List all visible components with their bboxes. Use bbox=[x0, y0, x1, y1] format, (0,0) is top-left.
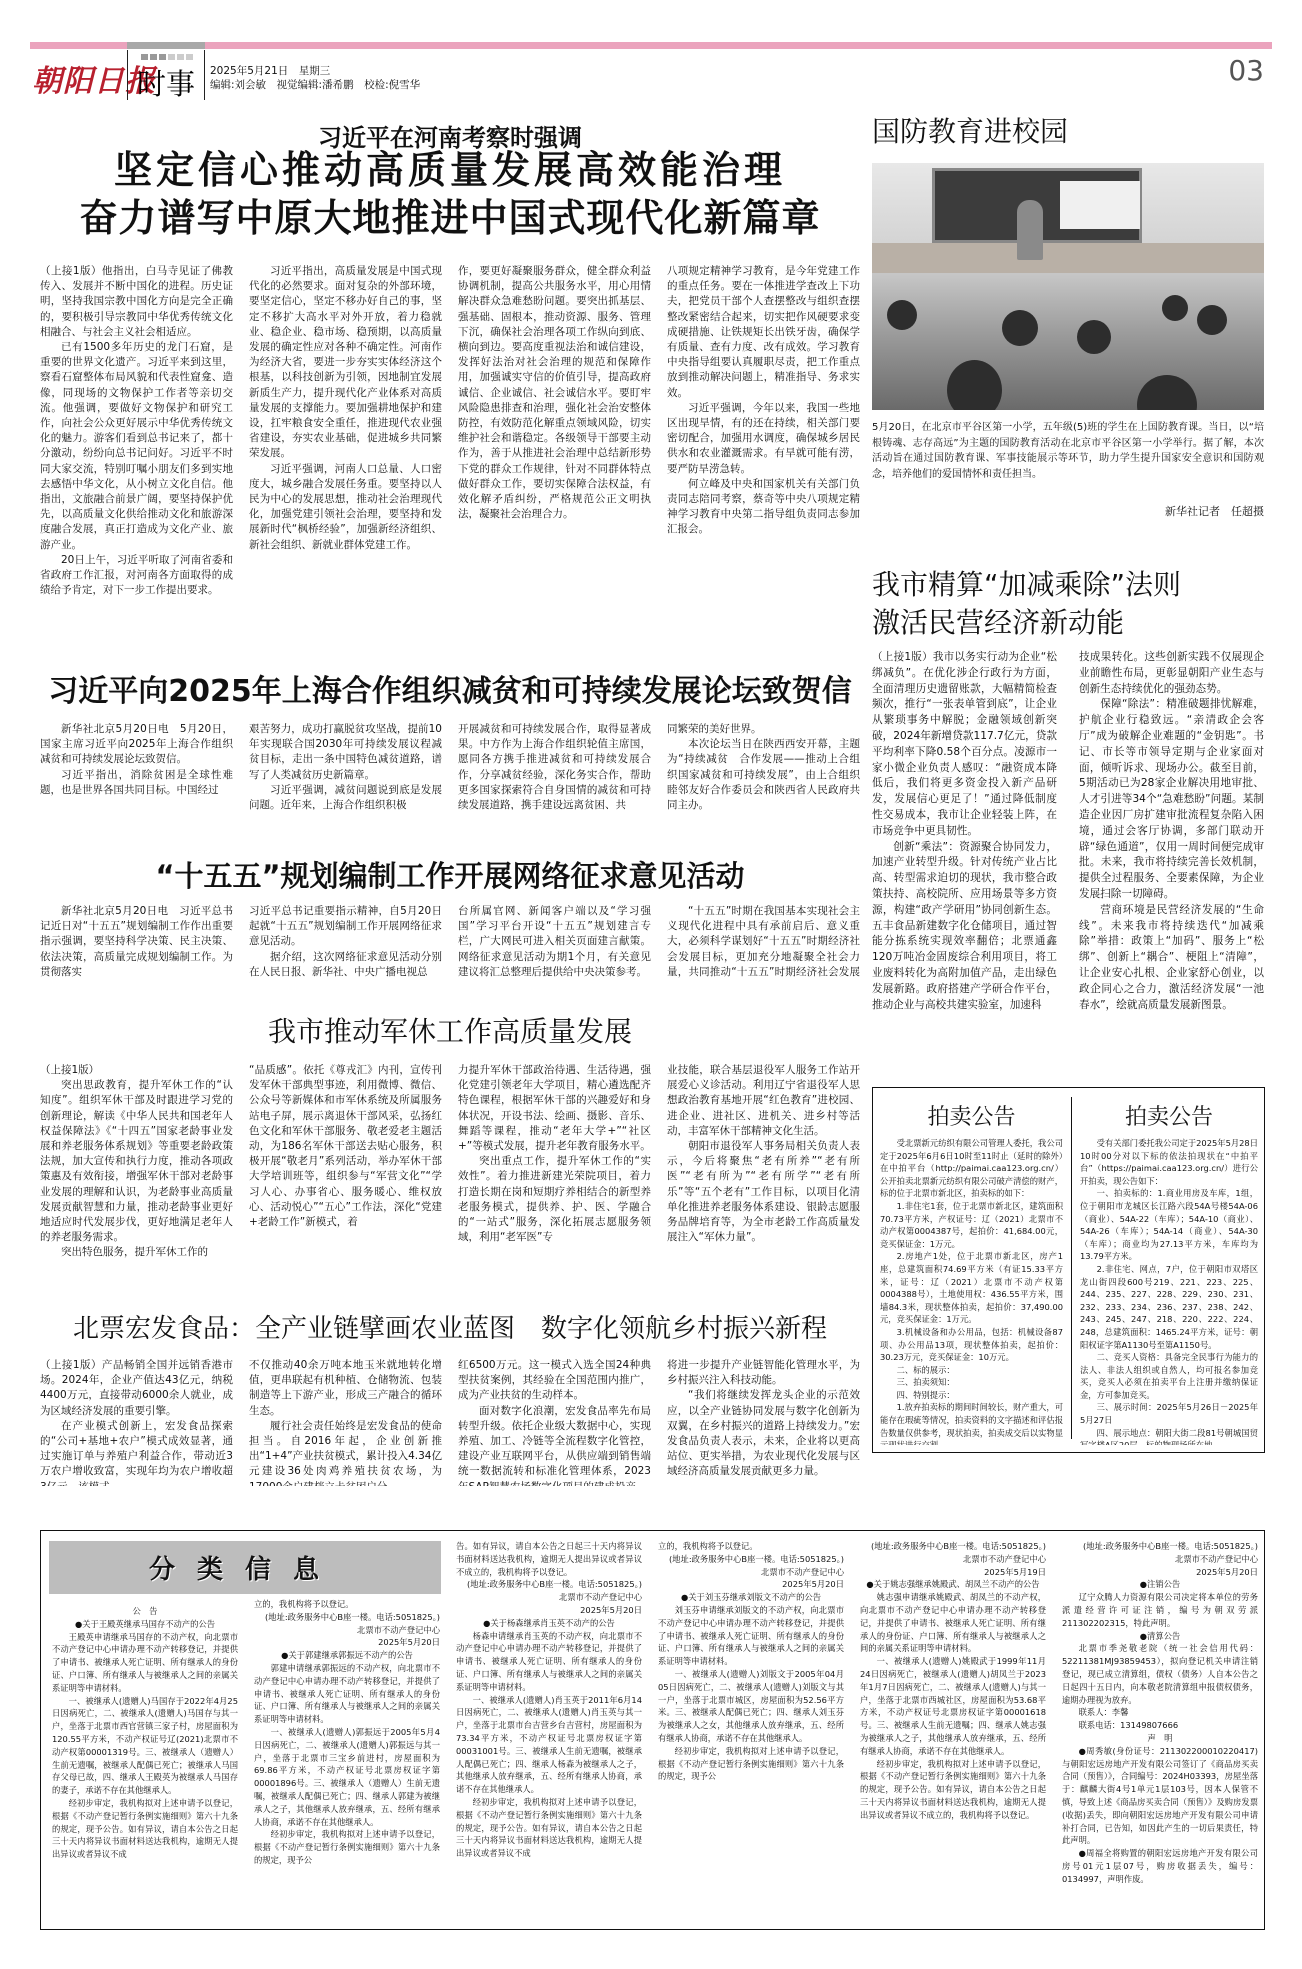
masthead-pink-bar-left bbox=[30, 42, 127, 49]
notice-title: ●关于王殿英继承马国存不动产的公告 bbox=[52, 1618, 238, 1631]
notice-paragraph: 经初步审定，我机构拟对上述申请予以登记，根据《不动产登记暂行条例实施细则》第六十… bbox=[658, 1745, 844, 1783]
notice-title: ●关于杨森继承肖玉英不动产的公告 bbox=[456, 1617, 642, 1630]
notice-title: 声 明 bbox=[1062, 1732, 1258, 1745]
classified-col-4: 立的，我机构将予以登记。 (地址:政务服务中心B座一楼。电话:5051825。)… bbox=[658, 1540, 844, 1925]
notice-address: (地址:政务服务中心B座一楼。电话:5051825。) bbox=[254, 1611, 440, 1624]
notice-paragraph: 一、被继承人(遗赠人)郭振远于2005年5月4日因病死亡，二、被继承人(遗赠人)… bbox=[254, 1726, 440, 1828]
paragraph: 习近平强调，今年以来，我国一些地区出现旱情，有的还在持续，相关部门要密切配合，加… bbox=[667, 401, 860, 477]
veterans-col-4: 业技能，联合基层退役军人服务工作站开展爱心义诊活动。利用辽宁省退役军人思想政治教… bbox=[667, 1063, 860, 1279]
paragraph: 受北票新元纺织有限公司管理人委托，我公司定于2025年6月6日10时至11时止（… bbox=[880, 1137, 1063, 1200]
issue-date: 2025年5月21日 星期三 bbox=[210, 64, 420, 78]
plan-story-body: 新华社北京5月20日电 习近平总书记近日对“十五五”规划编制工作作出重要指示强调… bbox=[40, 904, 860, 980]
notice-paragraph: 刘玉芬申请继承刘版文的不动产权，向北票市不动产登记中心申请办理不动产转移登记，并… bbox=[658, 1604, 844, 1668]
notice-address: (地址:政务服务中心B座一楼。电话:5051825。) bbox=[860, 1540, 1046, 1553]
economy-headline-line1: 我市精算“加减乘除”法则 bbox=[872, 567, 1264, 603]
paragraph: 20日上午，习近平听取了河南省委和省政府工作汇报，对河南各方面取得的成绩给予肯定… bbox=[40, 553, 233, 599]
notice-paragraph: 姚志强申请继承姚殿武、胡凤兰的不动产权，向北票市不动产登记中心申请办理不动产转移… bbox=[860, 1591, 1046, 1655]
economy-story-body: （上接1版）我市以务实行动为企业“松绑减负”。在优化涉企行政行为方面，全面清理历… bbox=[872, 650, 1264, 1068]
economy-col-1: （上接1版）我市以务实行动为企业“松绑减负”。在优化涉企行政行为方面，全面清理历… bbox=[872, 650, 1057, 1068]
paragraph: 2.房地产1处，位于北票市新北区，房产1座，总建筑面积74.69平方米（有证15… bbox=[880, 1250, 1063, 1326]
lead-col-3: 作，要更好凝聚服务群众，健全群众利益协调机制，提高公共服务水平，用心用情解决群众… bbox=[458, 264, 651, 636]
masthead-pink-bar-right bbox=[205, 42, 1272, 49]
lead-col-4: 八项规定精神学习教育，是今年党建工作的重点任务。要在一体推进学查改上下功夫，把党… bbox=[667, 264, 860, 636]
notice-issuer: 北票市不动产登记中心 bbox=[456, 1591, 642, 1604]
paragraph: 四、展示地点：朝阳大街二段81号朝城国贸写字楼A区20层，标的物现场所在地。 bbox=[1080, 1427, 1258, 1445]
paragraph: 新华社北京5月20日电 5月20日，国家主席习近平向2025年上海合作组织减贫和… bbox=[40, 722, 233, 768]
notice-paragraph: 杨森申请继承肖玉英的不动产权，向北票市不动产登记中心申请办理不动产转移登记，并提… bbox=[456, 1630, 642, 1694]
paragraph: 新华社北京5月20日电 习近平总书记近日对“十五五”规划编制工作作出重要指示强调… bbox=[40, 904, 233, 980]
plan-col-3: 台所属官网、新闻客户端以及“学习强国”学习平台开设“十五五”规划建言专栏，广大网… bbox=[458, 904, 651, 980]
notice-paragraph: 郭建申请继承郭振远的不动产权，向北票市不动产登记中心申请办理不动产转移登记，并提… bbox=[254, 1662, 440, 1726]
sco-col-2: 艰苦努力，成功打赢脱贫攻坚战，提前10年实现联合国2030年可持续发展议程减贫目… bbox=[249, 722, 442, 810]
notice-issuer: 北票市不动产登记中心 bbox=[658, 1566, 844, 1579]
paragraph: 面对数字化浪潮，宏发食品率先布局转型升级。依托企业级大数据中心，实现养殖、加工、… bbox=[458, 1404, 651, 1486]
paragraph: 四、特别提示： bbox=[880, 1389, 1063, 1402]
auction-title: 拍卖公告 bbox=[880, 1100, 1063, 1131]
sco-col-4: 同繁荣的美好世界。 本次论坛当日在陕西西安开幕，主题为“持续减贫 合作发展——推… bbox=[667, 722, 860, 810]
notice-paragraph: 一、被继承人(遗赠人)姚殿武于1999年11月24日因病死亡，被继承人(遗赠人)… bbox=[860, 1655, 1046, 1757]
veterans-col-3: 力提升军休干部政治待遇、生活待遇，强化党建引领老年大学项目，精心遴选配齐特色课程… bbox=[458, 1063, 651, 1279]
paragraph: 1.放弃拍卖标的期间时间较长，财产重大，可能存在瑕疵等情况，拍卖资料的文字描述和… bbox=[880, 1401, 1063, 1445]
notice-title: ●清算公告 bbox=[1062, 1630, 1258, 1643]
paragraph: 红6500万元。这一模式入选全国24种典型扶贫案例，其经验在全国范围内推广，成为… bbox=[458, 1358, 651, 1404]
notice-paragraph: ●周福全将购置的朝阳宏远房地产开发有限公司房号01元1层07号，购房收据丢失，编… bbox=[1062, 1847, 1258, 1885]
paragraph: 习近平强调，减贫问题说到底是发展问题。近年来，上海合作组织积极 bbox=[249, 783, 442, 810]
notice-paragraph: 北票市季尧敬老院（统一社会信用代码：52211381MJ93859453），拟向… bbox=[1062, 1642, 1258, 1706]
notice-heading: 公 告 bbox=[52, 1605, 238, 1618]
sco-story-body: 新华社北京5月20日电 5月20日，国家主席习近平向2025年上海合作组织减贫和… bbox=[40, 722, 860, 810]
paragraph: “我们将继续发挥龙头企业的示范效应，以全产业链协同发展与数字化创新为双翼，在乡村… bbox=[667, 1388, 860, 1479]
photo-story-title: 国防教育进校园 bbox=[872, 114, 1264, 150]
notice-title: ●关于郭建继承郭振远不动产的公告 bbox=[254, 1649, 440, 1662]
notice-paragraph: ●周秀敏(身份证号：211302200010220417)与朝阳宏远房地产开发有… bbox=[1062, 1745, 1258, 1847]
paragraph: 据介绍，这次网络征求意见活动分别在人民日报、新华社、中央广播电视总 bbox=[249, 950, 442, 980]
paragraph: 三、拍卖须知： bbox=[880, 1376, 1063, 1389]
auction-notice-2: 拍卖公告 受有关部门委托我公司定于2025年5月28日10时00分对以下标的依法… bbox=[1080, 1100, 1258, 1445]
paragraph: “品质感”。依托《尊戎汇》内刊，宣传刊发军休干部典型事迹，利用微博、微信、公众号… bbox=[249, 1063, 442, 1230]
notice-issuer: 北票市不动产登记中心 bbox=[860, 1553, 1046, 1566]
notice-paragraph: 王殿英申请继承马国存的不动产权，向北票市不动产登记中心申请办理不动产转移登记，并… bbox=[52, 1631, 238, 1695]
lead-story-body: （上接1版）他指出，白马寺见证了佛教传入、发展并不断中国化的进程。历史证明，坚持… bbox=[40, 264, 860, 636]
notice-address: (地址:政务服务中心B座一楼。电话:5051825。) bbox=[456, 1578, 642, 1591]
food-col-2: 不仅推动40余万吨本地玉米就地转化增值，更串联起有机种植、仓储物流、包装制造等上… bbox=[249, 1358, 442, 1486]
notice-date: 2025年5月20日 bbox=[456, 1604, 642, 1617]
sco-headline: 习近平向2025年上海合作组织减贫和可持续发展论坛致贺信 bbox=[40, 666, 860, 710]
notice-paragraph: 立的，我机构将予以登记。 bbox=[658, 1540, 844, 1553]
paragraph: 2.非住宅、网点，7户，位于朝阳市双塔区龙山街四段600号219、221、223… bbox=[1080, 1263, 1258, 1351]
notice-date: 2025年5月20日 bbox=[1062, 1566, 1258, 1579]
notice-paragraph: 一、被继承人(遗赠人)刘版文于2005年04月05日因病死亡，二、被继承人(遗赠… bbox=[658, 1668, 844, 1745]
notice-paragraph: 一、被继承人(遗赠人)马国存于2022年4月25日因病死亡，二、被继承人(遗赠人… bbox=[52, 1695, 238, 1797]
paragraph: 履行社会责任始终是宏发食品的使命担当。自2016年起，企业创新推出“1+4”产业… bbox=[249, 1419, 442, 1486]
paragraph: （上接1版）产品畅销全国并远销香港市场。2024年，企业产值达43亿元，纳税44… bbox=[40, 1358, 233, 1419]
classified-col-1: 公 告 ●关于王殿英继承马国存不动产的公告 王殿英申请继承马国存的不动产权，向北… bbox=[52, 1605, 238, 1925]
veterans-col-1: （上接1版） 突出思政教育，提升军休工作的“认知度”。组织军休干部及时跟进学习党… bbox=[40, 1063, 233, 1279]
paragraph: 在产业模式创新上，宏发食品探索的“公司+基地+农户”模式成效显著，通过实施订单与… bbox=[40, 1419, 233, 1486]
masthead: 朝阳日报 时事 2025年5月21日 星期三 编辑:刘会敏 视觉编辑:潘希鹏 校… bbox=[30, 42, 1272, 100]
lead-headline-line1: 坚定信心推动高质量发展高效能治理 bbox=[40, 146, 860, 194]
notice-phone: 联系电话：13149807666 bbox=[1062, 1719, 1258, 1732]
notice-contact: 联系人：李馨 bbox=[1062, 1706, 1258, 1719]
notice-issuer: 北票市不动产登记中心 bbox=[1062, 1553, 1258, 1566]
paragraph: 本次论坛当日在陕西西安开幕，主题为“持续减贫 合作发展——推动上合组织国家减贫和… bbox=[667, 737, 860, 810]
plan-col-2: 习近平总书记重要指示精神，自5月20日起就“十五五”规划编制工作开展网络征求意见… bbox=[249, 904, 442, 980]
auction-text: 受有关部门委托我公司定于2025年5月28日10时00分对以下标的依法拍现状在“… bbox=[1080, 1137, 1258, 1445]
paragraph: “十五五”时期在我国基本实现社会主义现代化进程中具有承前启后、意义重大，必须科学… bbox=[667, 904, 860, 980]
sco-col-3: 开展减贫和可持续发展合作，取得显著成果。中方作为上海合作组织轮值主席国，愿同各方… bbox=[458, 722, 651, 810]
paragraph: 作，要更好凝聚服务群众，健全群众利益协调机制，提高公共服务水平，用心用情解决群众… bbox=[458, 264, 651, 522]
notice-paragraph: 经初步审定，我机构拟对上述申请予以登记，根据《不动产登记暂行条例实施细则》第六十… bbox=[52, 1797, 238, 1861]
paragraph: 何立峰及中央和国家机关有关部门负责同志陪同考察，蔡奇等中央八项规定精神学习教育中… bbox=[667, 477, 860, 538]
notice-paragraph: 告。如有异议，请自本公告之日起三十天内将异议书面材料送达我机构，逾期无人提出异议… bbox=[456, 1540, 642, 1578]
auction-title: 拍卖公告 bbox=[1080, 1100, 1258, 1131]
lead-headline-line2: 奋力谱写中原大地推进中国式现代化新篇章 bbox=[40, 194, 860, 242]
paragraph: 开展减贫和可持续发展合作，取得显著成果。中方作为上海合作组织轮值主席国，愿同各方… bbox=[458, 722, 651, 810]
notice-paragraph: 一、被继承人(遗赠人)肖玉英于2011年6月14日因病死亡，二、被继承人(遗赠人… bbox=[456, 1694, 642, 1796]
paragraph: （上接1版）他指出，白马寺见证了佛教传入、发展并不断中国化的进程。历史证明，坚持… bbox=[40, 264, 233, 340]
section-dots-icon bbox=[141, 54, 193, 60]
notice-paragraph: 辽宁众腾人力资源有限公司决定将本单位的劳务派遣经营许可证注销，编号为朝双劳派21… bbox=[1062, 1591, 1258, 1629]
plan-col-1: 新华社北京5月20日电 习近平总书记近日对“十五五”规划编制工作作出重要指示强调… bbox=[40, 904, 233, 980]
notice-address: (地址:政务服务中心B座一楼。电话:5051825。) bbox=[658, 1553, 844, 1566]
paragraph: 习近平指出，高质量发展是中国式现代化的必然要求。面对复杂的外部环境，要坚定信心，… bbox=[249, 264, 442, 462]
auction-divider bbox=[1071, 1097, 1072, 1439]
photo-caption: 5月20日，在北京市平谷区第一小学，五年级(5)班的学生在上国防教育课。当日，以… bbox=[872, 420, 1264, 482]
paragraph: 习近平总书记重要指示精神，自5月20日起就“十五五”规划编制工作开展网络征求意见… bbox=[249, 904, 442, 950]
notice-paragraph: 经初步审定，我机构拟对上述申请予以登记，根据《不动产登记暂行条例实施细则》第六十… bbox=[456, 1796, 642, 1860]
classroom-photo bbox=[872, 163, 1264, 410]
paragraph: 技成果转化。这些创新实践不仅展现企业前瞻性布局，更彰显朝阳产业生态与创新生态持续… bbox=[1079, 650, 1264, 697]
paragraph: 创新“乘法”：资源聚合协同发力，加速产业转型升级。针对传统产业占比高、转型需求迫… bbox=[872, 840, 1057, 1014]
classified-col-3: 告。如有异议，请自本公告之日起三十天内将异议书面材料送达我机构，逾期无人提出异议… bbox=[456, 1540, 642, 1925]
plan-headline: “十五五”规划编制工作开展网络征求意见活动 bbox=[40, 854, 860, 895]
notice-paragraph: 经初步审定，我机构拟对上述申请予以登记，根据《不动产登记暂行条例实施细则》第六十… bbox=[860, 1758, 1046, 1822]
paragraph: 突出重点工作，提升军休工作的“实效性”。着力推进新建光荣院项目，着力打造长期在岗… bbox=[458, 1154, 651, 1245]
economy-col-2: 技成果转化。这些创新实践不仅展现企业前瞻性布局，更彰显朝阳产业生态与创新生态持续… bbox=[1079, 650, 1264, 1068]
paragraph: 二、标的展示： bbox=[880, 1364, 1063, 1377]
paragraph: 3.机械设备和办公用品，包括：机械设备87项、办公用品13项，现状整体拍卖，起拍… bbox=[880, 1326, 1063, 1364]
paragraph: 将进一步提升产业链智能化管理水平，为乡村振兴注入科技动能。 bbox=[667, 1358, 860, 1388]
notice-date: 2025年5月20日 bbox=[658, 1578, 844, 1591]
notice-paragraph: 经初步审定，我机构拟对上述申请予以登记，根据《不动产登记暂行条例实施细则》第六十… bbox=[254, 1828, 440, 1866]
notice-title: ●关于姚志强继承姚殿武、胡凤兰不动产的公告 bbox=[860, 1578, 1046, 1591]
lead-col-1: （上接1版）他指出，白马寺见证了佛教传入、发展并不断中国化的进程。历史证明，坚持… bbox=[40, 264, 233, 636]
paragraph: 习近平强调，河南人口总量、人口密度大，城乡融合发展任务重。要坚持以人民为中心的发… bbox=[249, 462, 442, 553]
editor-credits: 编辑:刘会敏 视觉编辑:潘希鹏 校检:倪雪华 bbox=[210, 78, 420, 92]
paragraph: 1.非住宅1套，位于北票市新北区，建筑面积70.73平方米，产权证号：辽（202… bbox=[880, 1200, 1063, 1250]
notice-address: (地址:政务服务中心B座一楼。电话:5051825。) bbox=[1062, 1540, 1258, 1553]
food-col-3: 红6500万元。这一模式入选全国24种典型扶贫案例，其经验在全国范围内推广，成为… bbox=[458, 1358, 651, 1486]
paragraph: 保障“除法”：精准破题排忧解难，护航企业行稳致远。“亲清政企会客厅”成为破解企业… bbox=[1079, 697, 1264, 902]
paragraph: 台所属官网、新闻客户端以及“学习强国”学习平台开设“十五五”规划建言专栏，广大网… bbox=[458, 904, 651, 980]
food-col-4: 将进一步提升产业链智能化管理水平，为乡村振兴注入科技动能。 “我们将继续发挥龙头… bbox=[667, 1358, 860, 1486]
notice-title: ●关于刘玉芬继承刘版文不动产的公告 bbox=[658, 1591, 844, 1604]
masthead-divider bbox=[127, 50, 128, 100]
paragraph: 二、竞买人资格：具备完全民事行为能力的法人、非法人组织或自然人，均可报名参加竞买… bbox=[1080, 1351, 1258, 1401]
classifieds-title: 分类信息 bbox=[149, 1549, 341, 1586]
masthead-divider bbox=[204, 50, 205, 100]
veterans-story-body: （上接1版） 突出思政教育，提升军休工作的“认知度”。组织军休干部及时跟进学习党… bbox=[40, 1063, 860, 1279]
veterans-headline: 我市推动军休工作高质量发展 bbox=[40, 1010, 860, 1050]
economy-headline-line2: 激活民营经济新动能 bbox=[872, 605, 1264, 641]
paragraph: 习近平指出，消除贫困是全球性难题，也是世界各国共同目标。中国经过 bbox=[40, 768, 233, 798]
paragraph: （上接1版） bbox=[40, 1063, 233, 1078]
plan-col-4: “十五五”时期在我国基本实现社会主义现代化进程中具有承前启后、意义重大，必须科学… bbox=[667, 904, 860, 980]
lead-col-2: 习近平指出，高质量发展是中国式现代化的必然要求。面对复杂的外部环境，要坚定信心，… bbox=[249, 264, 442, 636]
paragraph: 业技能，联合基层退役军人服务工作站开展爱心义诊活动。利用辽宁省退役军人思想政治教… bbox=[667, 1063, 860, 1139]
auction-text: 受北票新元纺织有限公司管理人委托，我公司定于2025年6月6日10时至11时止（… bbox=[880, 1137, 1063, 1445]
paragraph: 不仅推动40余万吨本地玉米就地转化增值，更串联起有机种植、仓储物流、包装制造等上… bbox=[249, 1358, 442, 1419]
paragraph: 艰苦努力，成功打赢脱贫攻坚战，提前10年实现联合国2030年可持续发展议程减贫目… bbox=[249, 722, 442, 783]
paragraph: 朝阳市退役军人事务局相关负责人表示，今后将聚焦“老有所养”“老有所医”“老有所为… bbox=[667, 1139, 860, 1245]
paragraph: 一、拍卖标的：1.商业用房及车库，1组，位于朝阳市龙城区长江路六段54A号楼54… bbox=[1080, 1187, 1258, 1263]
food-col-1: （上接1版）产品畅销全国并远销香港市场。2024年，企业产值达43亿元，纳税44… bbox=[40, 1358, 233, 1486]
section-name: 时事 bbox=[137, 62, 195, 103]
paragraph: 三、展示时间：2025年5月26日－2025年5月27日 bbox=[1080, 1401, 1258, 1426]
paragraph: 力提升军休干部政治待遇、生活待遇，强化党建引领老年大学项目，精心遴选配齐特色课程… bbox=[458, 1063, 651, 1154]
sco-col-1: 新华社北京5月20日电 5月20日，国家主席习近平向2025年上海合作组织减贫和… bbox=[40, 722, 233, 810]
paragraph: 八项规定精神学习教育，是今年党建工作的重点任务。要在一体推进学查改上下功夫，把党… bbox=[667, 264, 860, 401]
paragraph: 受有关部门委托我公司定于2025年5月28日10时00分对以下标的依法拍现状在“… bbox=[1080, 1137, 1258, 1187]
notice-title: ●注销公告 bbox=[1062, 1578, 1258, 1591]
classified-col-2: 立的，我机构将予以登记。 (地址:政务服务中心B座一楼。电话:5051825。)… bbox=[254, 1598, 440, 1925]
notice-date: 2025年5月20日 bbox=[254, 1636, 440, 1649]
paragraph: 突出特色服务，提升军休工作的 bbox=[40, 1245, 233, 1260]
paragraph: 同繁荣的美好世界。 bbox=[667, 722, 860, 737]
auction-notice-1: 拍卖公告 受北票新元纺织有限公司管理人委托，我公司定于2025年6月6日10时至… bbox=[880, 1100, 1063, 1445]
notice-paragraph: 立的，我机构将予以登记。 bbox=[254, 1598, 440, 1611]
masthead-meta: 2025年5月21日 星期三 编辑:刘会敏 视觉编辑:潘希鹏 校检:倪雪华 bbox=[210, 64, 420, 92]
paragraph: 营商环境是民营经济发展的“生命线”。未来我市将持续迭代“加减乘除”举措：政策上“… bbox=[1079, 903, 1264, 1014]
masthead-gray-bar bbox=[127, 42, 205, 49]
page-number: 03 bbox=[1228, 54, 1264, 87]
classified-col-6: (地址:政务服务中心B座一楼。电话:5051825。) 北票市不动产登记中心 2… bbox=[1062, 1540, 1258, 1925]
photo-credit: 新华社记者 任超摄 bbox=[872, 503, 1264, 519]
paragraph: 已有1500多年历史的龙门石窟，是重要的世界文化遗产。习近平来到这里，察看石窟整… bbox=[40, 340, 233, 553]
notice-issuer: 北票市不动产登记中心 bbox=[254, 1624, 440, 1637]
classifieds-banner: 分类信息 bbox=[49, 1541, 441, 1594]
classified-col-5: (地址:政务服务中心B座一楼。电话:5051825。) 北票市不动产登记中心 2… bbox=[860, 1540, 1046, 1925]
food-headline: 北票宏发食品：全产业链擘画农业蓝图 数字化领航乡村振兴新程 bbox=[40, 1308, 860, 1345]
food-story-body: （上接1版）产品畅销全国并远销香港市场。2024年，企业产值达43亿元，纳税44… bbox=[40, 1358, 860, 1486]
paragraph: （上接1版）我市以务实行动为企业“松绑减负”。在优化涉企行政行为方面，全面清理历… bbox=[872, 650, 1057, 840]
paragraph: 突出思政教育，提升军休工作的“认知度”。组织军休干部及时跟进学习党的创新理论，解… bbox=[40, 1078, 233, 1245]
veterans-col-2: “品质感”。依托《尊戎汇》内刊，宣传刊发军休干部典型事迹，利用微博、微信、公众号… bbox=[249, 1063, 442, 1279]
notice-date: 2025年5月19日 bbox=[860, 1566, 1046, 1579]
